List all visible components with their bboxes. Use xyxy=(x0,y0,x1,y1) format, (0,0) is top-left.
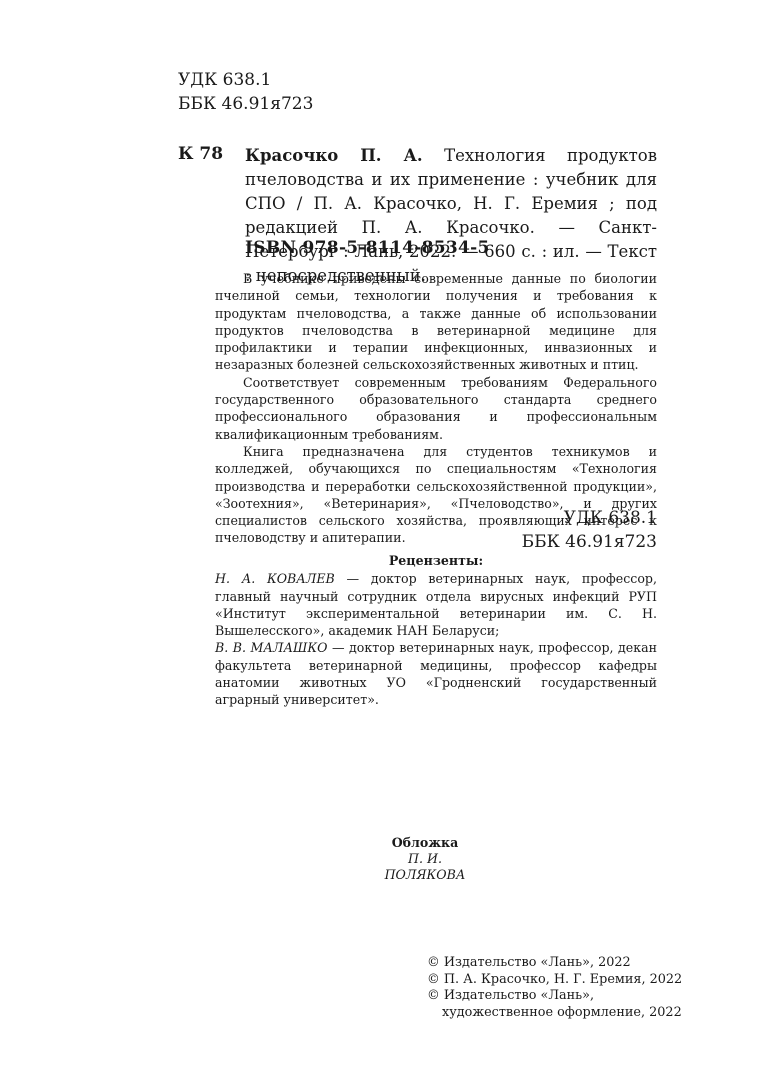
copyright-line: © Издательство «Лань», xyxy=(427,988,682,1005)
classification-block-right: УДК 638.1 ББК 46.91я723 xyxy=(522,506,657,554)
reviewer-entry: В. В. МАЛАШКО — доктор ветеринарных наук… xyxy=(215,639,657,708)
copyright-line: © Издательство «Лань», 2022 xyxy=(427,955,682,972)
cover-credit: Обложка П. И. ПОЛЯКОВА xyxy=(370,835,480,883)
classification-block-top: УДК 638.1 ББК 46.91я723 xyxy=(178,68,313,116)
reviewers-heading: Рецензенты: xyxy=(215,552,657,569)
reviewer-name: В. В. МАЛАШКО xyxy=(215,640,327,655)
copyright-line: художественное оформление, 2022 xyxy=(427,1005,682,1022)
bibliographic-description: Красочко П. А. Технология продуктов пчел… xyxy=(245,144,657,288)
reviewer-entry: Н. А. КОВАЛЕВ — доктор ветеринарных наук… xyxy=(215,570,657,639)
copyright-block: © Издательство «Лань», 2022 © П. А. Крас… xyxy=(427,955,682,1021)
udk-code: УДК 638.1 xyxy=(178,68,313,92)
bbk-code: ББК 46.91я723 xyxy=(178,92,313,116)
reviewer-name: Н. А. КОВАЛЕВ xyxy=(215,571,335,586)
udk-code: УДК 638.1 xyxy=(522,506,657,530)
description-text: Технология продуктов пчеловодства и их п… xyxy=(245,146,657,285)
author-mark: К 78 xyxy=(178,144,223,164)
annotation-paragraph: В учебнике приведены современные данные … xyxy=(215,270,657,374)
bbk-code: ББК 46.91я723 xyxy=(522,530,657,554)
cover-designer: П. И. ПОЛЯКОВА xyxy=(370,851,480,883)
reviewers-section: Рецензенты: Н. А. КОВАЛЕВ — доктор ветер… xyxy=(215,552,657,709)
author-name: Красочко П. А. xyxy=(245,146,423,165)
copyright-line: © П. А. Красочко, Н. Г. Еремия, 2022 xyxy=(427,972,682,989)
cover-label: Обложка xyxy=(370,835,480,851)
isbn: ISBN 978-5-8114-8534-5 xyxy=(245,238,490,258)
annotation-paragraph: Соответствует современным требованиям Фе… xyxy=(215,374,657,443)
